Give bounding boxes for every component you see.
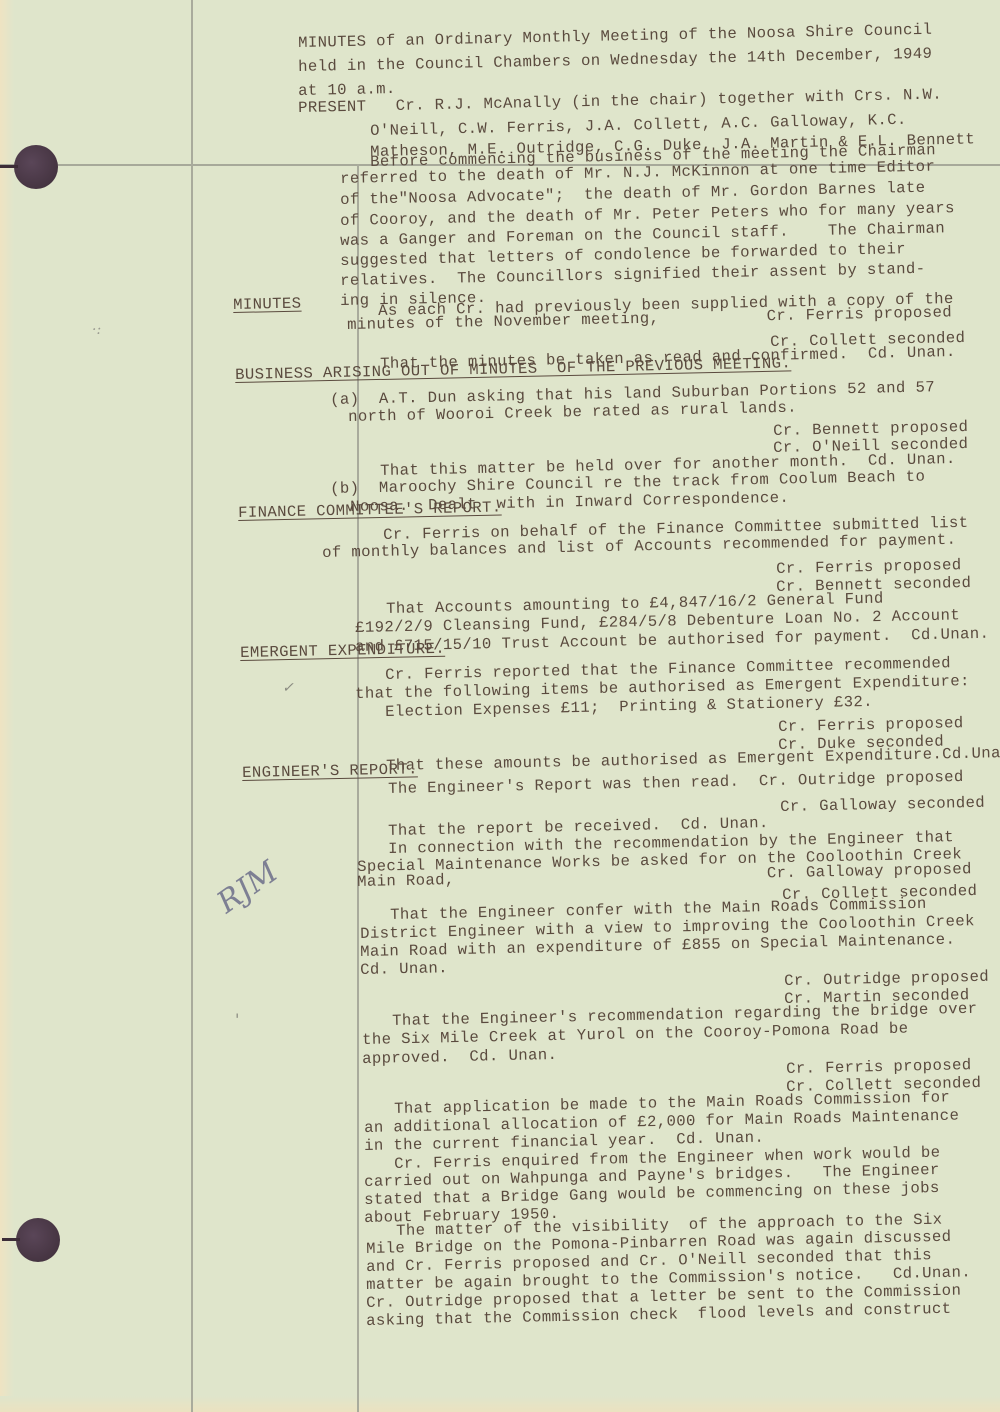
margin-smudge: ·: [92, 322, 101, 338]
section-heading: BUSINESS ARISING OUT OF MINUTES OF THE P… [235, 356, 791, 383]
left-margin-rule [191, 0, 193, 1412]
text-line: approved. Cd. Unan. [362, 1048, 557, 1068]
paper-edge-bottom [0, 1396, 1000, 1412]
text-line: The Engineer's Report was then read. Cr.… [388, 770, 964, 798]
section-heading: FINANCE COMMITTEE'S REPORT. [238, 500, 502, 521]
punch-hole-top [14, 145, 58, 189]
margin-mark: ' [235, 1010, 239, 1029]
handwritten-initials: RJM [211, 854, 285, 920]
inner-margin-rule [357, 164, 359, 1412]
section-heading: MINUTES [233, 297, 302, 314]
text-line: Cr. Galloway seconded [780, 796, 985, 816]
paper-edge-left [0, 0, 14, 1412]
section-heading: EMERGENT EXPENDITURE. [240, 642, 445, 662]
check-mark-icon: ✓ [282, 680, 294, 696]
section-heading: ENGINEER'S REPORT. [242, 762, 418, 781]
text-line: Cd. Unan. [360, 961, 448, 978]
punch-hole-bottom [16, 1218, 60, 1262]
text-line: held in the Council Chambers on Wednesda… [298, 47, 932, 76]
